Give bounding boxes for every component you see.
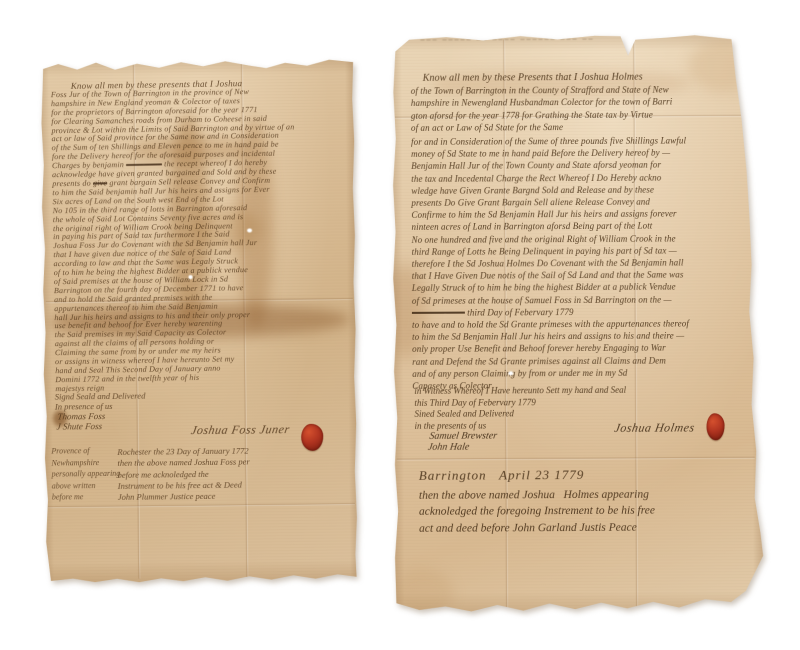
paper-hole bbox=[189, 275, 193, 279]
handwritten-line: of Sd primeses at the house of Samuel Fo… bbox=[412, 293, 689, 307]
left-closing-block: Signd Seald and DeliveredIn presence of … bbox=[55, 392, 146, 412]
left-grantor-signature: Joshua Foss Juner bbox=[190, 422, 291, 438]
handwritten-line: Newhampshire bbox=[51, 456, 115, 468]
handwritten-line: personally appearing bbox=[52, 468, 116, 480]
right-document-body: Know all men by these Presents that I Jo… bbox=[411, 71, 690, 392]
handwritten-line: in Witness Whereof I Have hereunto Sett … bbox=[414, 385, 626, 398]
photo-canvas: Know all men by these presents that I Jo… bbox=[0, 0, 800, 650]
right-document-paper: ––– ––––– –– –––– –––––– ––– –– Know all… bbox=[390, 32, 764, 616]
stain-blotch bbox=[393, 569, 453, 619]
right-witness-signatures: Samuel BrewsterJohn Hale bbox=[427, 431, 498, 452]
right-grantor-signature: Joshua Holmes bbox=[613, 420, 696, 435]
handwritten-line: rant and Defend the Sd Grante primises a… bbox=[412, 354, 689, 368]
left-attestation-block: Provence ofNewhampshirepersonally appear… bbox=[51, 442, 352, 515]
left-document-paper: Know all men by these presents that I Jo… bbox=[39, 57, 359, 583]
handwritten-line: Legally Struck of to him he bing the hig… bbox=[412, 281, 689, 295]
attestation-margin-column: Provence ofNewhampshirepersonally appear… bbox=[51, 445, 116, 503]
stain-blotch bbox=[689, 40, 759, 92]
right-attestation-block: Barrington April 23 1779then the above n… bbox=[419, 467, 655, 537]
handwritten-line: ninteen acres of Land in Barrington afor… bbox=[411, 220, 688, 234]
handwritten-line: only proper Use Benefit and Behoof forev… bbox=[412, 342, 689, 356]
attestation-main-column: Rochester the 23 Day of January 1772then… bbox=[117, 444, 358, 503]
handwritten-line: Barrington April 23 1779 bbox=[419, 467, 655, 485]
handwritten-line: acknoledged the foregoing Instrement to … bbox=[419, 503, 655, 521]
left-witness-signatures: Thomas FossJ Shute Foss bbox=[56, 412, 106, 432]
right-document: ––– ––––– –– –––– –––––– ––– –– Know all… bbox=[390, 32, 764, 616]
handwritten-line: act and deed before John Garland Justis … bbox=[419, 519, 655, 537]
torn-top-fragment: ––– ––––– –– –––– –––––– ––– –– bbox=[420, 34, 594, 44]
right-witness-clause: in Witness Whereof I Have hereunto Sett … bbox=[414, 385, 626, 432]
handwritten-line: hampshire in Newengland Husbandman Colec… bbox=[411, 96, 688, 110]
handwritten-line: John Hale bbox=[427, 442, 496, 453]
handwritten-line: then the above named Joshua Holmes appea… bbox=[419, 486, 655, 504]
handwritten-line: of an act or Law of Sd State for the Sam… bbox=[411, 120, 688, 134]
handwritten-line: gton aforsd for the year 1778 for Grathi… bbox=[411, 108, 688, 122]
handwritten-line: Provence of bbox=[51, 445, 115, 457]
left-document-body: Know all men by these presents that I Jo… bbox=[51, 78, 299, 393]
red-wax-seal bbox=[706, 413, 724, 440]
handwritten-line: J Shute Foss bbox=[56, 422, 105, 432]
handwritten-line: Benjamin Hall Jur of the Town County and… bbox=[411, 159, 688, 173]
handwritten-line: John Plummer Justice peace bbox=[118, 490, 358, 504]
handwritten-line: before me bbox=[52, 491, 116, 503]
fold-crease bbox=[397, 456, 755, 461]
handwritten-line: above written bbox=[52, 479, 116, 491]
paper-hole bbox=[247, 228, 252, 232]
left-document: Know all men by these presents that I Jo… bbox=[39, 57, 359, 583]
paper-hole bbox=[508, 371, 513, 375]
